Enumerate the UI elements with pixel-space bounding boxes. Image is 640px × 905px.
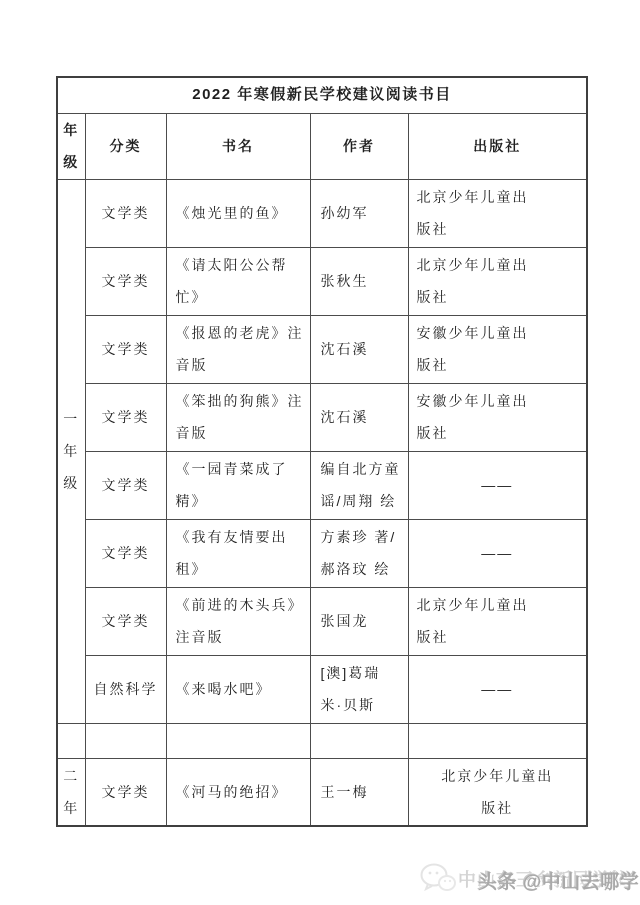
cell-publisher: 北京少年儿童出 版社 — [408, 247, 587, 315]
table-row: 文学类《前进的木头兵》 注音版张国龙北京少年儿童出 版社 — [57, 587, 587, 655]
table-row: 文学类《请太阳公公帮 忙》张秋生北京少年儿童出 版社 — [57, 247, 587, 315]
cell-category: 文学类 — [85, 451, 166, 519]
cell-publisher — [408, 723, 587, 758]
watermark: 中山市三乡新民学校 头条 @中山去哪学 — [414, 856, 640, 902]
cell-author: 孙幼军 — [310, 179, 408, 247]
spacer-row — [57, 723, 587, 758]
cell-author — [310, 723, 408, 758]
cell-category: 文学类 — [85, 587, 166, 655]
cell-category: 文学类 — [85, 179, 166, 247]
table-title-row: 2022 年寒假新民学校建议阅读书目 — [57, 77, 587, 113]
cell-author: 王一梅 — [310, 758, 408, 826]
cell-category: 文学类 — [85, 247, 166, 315]
cell-grade — [57, 723, 85, 758]
page: { "table": { "title": "2022 年寒假新民学校建议阅读书… — [0, 0, 640, 905]
table-row: 文学类《报恩的老虎》注 音版沈石溪安徽少年儿童出 版社 — [57, 315, 587, 383]
cell-category: 文学类 — [85, 383, 166, 451]
cell-author: 沈石溪 — [310, 315, 408, 383]
cell-author: 编自北方童 谣/周翔 绘 — [310, 451, 408, 519]
cell-title: 《我有友情要出 租》 — [166, 519, 310, 587]
header-book-title: 书名 — [166, 113, 310, 179]
table-row: 文学类《笨拙的狗熊》注 音版沈石溪安徽少年儿童出 版社 — [57, 383, 587, 451]
table-row: 一年级文学类《烛光里的鱼》孙幼军北京少年儿童出 版社 — [57, 179, 587, 247]
cell-author: 张国龙 — [310, 587, 408, 655]
reading-list-table-container: 2022 年寒假新民学校建议阅读书目 年级 分类 书名 作者 出版社 一年级文学… — [56, 76, 586, 827]
cell-publisher: 安徽少年儿童出 版社 — [408, 383, 587, 451]
header-publisher: 出版社 — [408, 113, 587, 179]
cell-author: 方素珍 著/ 郝洛玟 绘 — [310, 519, 408, 587]
table-row: 文学类《我有友情要出 租》方素珍 著/ 郝洛玟 绘—— — [57, 519, 587, 587]
cell-grade: 一年级 — [57, 179, 85, 723]
table-title: 2022 年寒假新民学校建议阅读书目 — [57, 77, 587, 113]
cell-category: 文学类 — [85, 519, 166, 587]
cell-title: 《请太阳公公帮 忙》 — [166, 247, 310, 315]
watermark-toutiao-text: 头条 @中山去哪学 — [478, 867, 639, 894]
table-row: 文学类《一园青菜成了 精》编自北方童 谣/周翔 绘—— — [57, 451, 587, 519]
table-row: 二年文学类《河马的绝招》王一梅北京少年儿童出 版社 — [57, 758, 587, 826]
cell-category: 文学类 — [85, 758, 166, 826]
cell-title: 《前进的木头兵》 注音版 — [166, 587, 310, 655]
cell-title: 《一园青菜成了 精》 — [166, 451, 310, 519]
cell-author: 沈石溪 — [310, 383, 408, 451]
cell-publisher: 北京少年儿童出 版社 — [408, 179, 587, 247]
cell-publisher: —— — [408, 451, 587, 519]
table-body: 2022 年寒假新民学校建议阅读书目 年级 分类 书名 作者 出版社 一年级文学… — [57, 77, 587, 826]
cell-title: 《笨拙的狗熊》注 音版 — [166, 383, 310, 451]
cell-title: 《河马的绝招》 — [166, 758, 310, 826]
cell-publisher: 北京少年儿童出 版社 — [408, 758, 587, 826]
wechat-icon — [420, 862, 456, 894]
cell-category — [85, 723, 166, 758]
header-grade: 年级 — [57, 113, 85, 179]
cell-publisher: —— — [408, 519, 587, 587]
cell-publisher: 安徽少年儿童出 版社 — [408, 315, 587, 383]
cell-title — [166, 723, 310, 758]
cell-grade: 二年 — [57, 758, 85, 826]
watermark-school-text: 中山市三乡新民学校 — [458, 866, 629, 892]
cell-title: 《烛光里的鱼》 — [166, 179, 310, 247]
cell-author: 张秋生 — [310, 247, 408, 315]
header-author: 作者 — [310, 113, 408, 179]
table-row: 自然科学《来喝水吧》[澳]葛瑞 米·贝斯—— — [57, 655, 587, 723]
cell-category: 自然科学 — [85, 655, 166, 723]
cell-author: [澳]葛瑞 米·贝斯 — [310, 655, 408, 723]
cell-publisher: 北京少年儿童出 版社 — [408, 587, 587, 655]
reading-list-table: 2022 年寒假新民学校建议阅读书目 年级 分类 书名 作者 出版社 一年级文学… — [56, 76, 588, 827]
cell-category: 文学类 — [85, 315, 166, 383]
table-header-row: 年级 分类 书名 作者 出版社 — [57, 113, 587, 179]
header-category: 分类 — [85, 113, 166, 179]
cell-title: 《来喝水吧》 — [166, 655, 310, 723]
cell-publisher: —— — [408, 655, 587, 723]
cell-title: 《报恩的老虎》注 音版 — [166, 315, 310, 383]
